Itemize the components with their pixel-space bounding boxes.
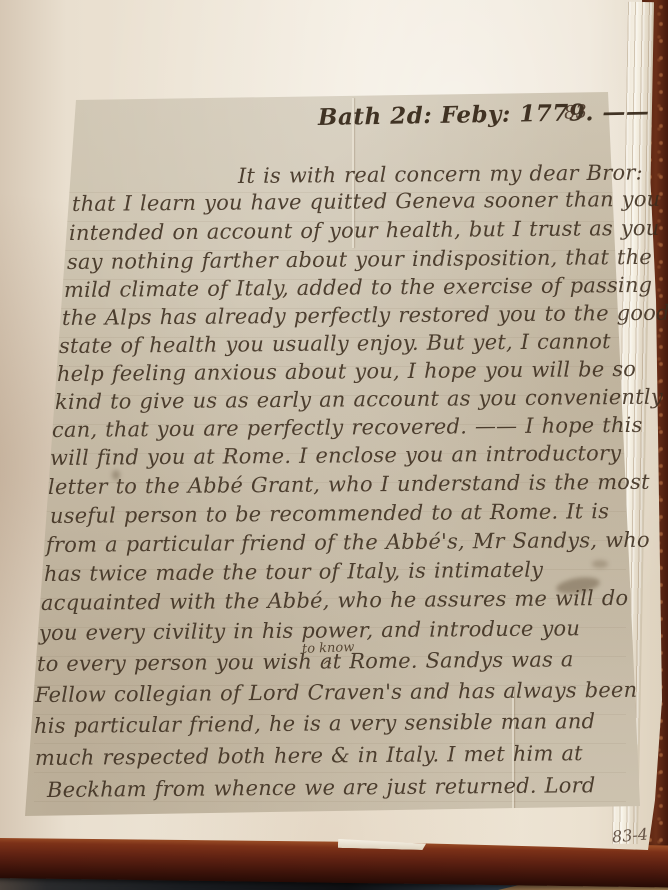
- ink-smudge: [592, 560, 608, 568]
- letter-sheet: [0, 0, 668, 890]
- fold-crease: [352, 98, 354, 248]
- photographed-letter: Bath 2d: Feby: 1779. —— It is with real …: [0, 0, 668, 890]
- ruled-guidelines: [34, 164, 626, 810]
- catalogue-number-annotation: 83-4: [611, 824, 648, 846]
- fold-crease: [512, 686, 514, 814]
- folio-number-annotation: 83: [563, 101, 587, 124]
- ink-smudge: [112, 470, 120, 480]
